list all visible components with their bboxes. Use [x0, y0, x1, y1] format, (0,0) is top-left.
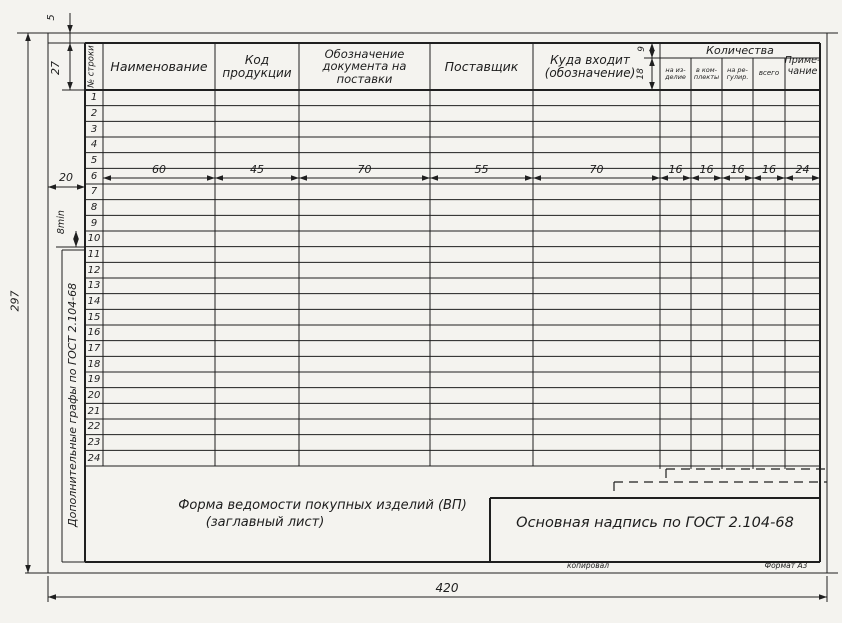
- header-row-number-column: № строки: [83, 44, 102, 89]
- column-width-label: 16: [691, 163, 722, 176]
- side-note-label: Дополнительные графы по ГОСТ 2.104-68: [68, 283, 80, 527]
- column-width-label: 55: [430, 163, 533, 176]
- dim-min-row-height: 8min: [53, 200, 71, 244]
- dim-sheet-height: 297: [5, 282, 25, 320]
- row-number: 20: [85, 388, 103, 404]
- header-product-code: Код продукции: [215, 43, 299, 90]
- row-number: 11: [85, 247, 103, 263]
- row-number: 19: [85, 372, 103, 388]
- dim-sheet-width: 420: [425, 581, 469, 595]
- header-where-used: Куда входит (обозначение): [533, 43, 647, 90]
- column-width-label: 24: [785, 163, 820, 176]
- header-name: Наименование: [103, 43, 215, 90]
- column-width-label: 70: [299, 163, 430, 176]
- row-number: 4: [85, 137, 103, 153]
- header-qty-per-kits: в ком- плекты: [691, 58, 722, 90]
- column-width-label: 60: [103, 163, 215, 176]
- dim-left-margin: 20: [52, 171, 80, 185]
- row-number: 17: [85, 341, 103, 357]
- row-number: 18: [85, 356, 103, 372]
- column-width-label: 16: [753, 163, 785, 176]
- column-width-label: 16: [722, 163, 753, 176]
- footer-format: Формат А3: [750, 561, 822, 572]
- row-number: 24: [85, 450, 103, 466]
- row-number: 13: [85, 278, 103, 294]
- column-width-label: 70: [533, 163, 660, 176]
- column-width-label: 45: [215, 163, 299, 176]
- row-number: 2: [85, 106, 103, 122]
- header-supplier: Поставщик: [430, 43, 533, 90]
- dim-header-height: 27: [47, 54, 65, 82]
- footer-copied-by: копировал: [553, 561, 623, 572]
- form-caption-line1: Форма ведомости покупных изделий (ВП): [150, 498, 495, 514]
- row-number: 6: [85, 168, 103, 184]
- header-row-number-label: № строки: [88, 45, 97, 87]
- column-width-label: 16: [660, 163, 691, 176]
- header-note: Приме- чание: [785, 43, 820, 90]
- row-number: 16: [85, 325, 103, 341]
- row-number: 5: [85, 153, 103, 169]
- row-number: 3: [85, 121, 103, 137]
- dim-qty-sub-height: 18: [633, 64, 650, 84]
- row-number: 1: [85, 90, 103, 106]
- row-number: 21: [85, 403, 103, 419]
- row-number: 23: [85, 435, 103, 451]
- row-number: 8: [85, 200, 103, 216]
- row-number: 22: [85, 419, 103, 435]
- row-number: 12: [85, 262, 103, 278]
- dim-qty-title-height: 9: [635, 41, 650, 56]
- row-number: 10: [85, 231, 103, 247]
- gost-vp-form-figure: № строки Наименование Код продукции Обоз…: [0, 0, 842, 623]
- row-number: 7: [85, 184, 103, 200]
- form-caption-line2: (заглавный лист): [150, 515, 380, 531]
- row-number: 14: [85, 294, 103, 310]
- dim-top-margin: 5: [44, 9, 60, 25]
- header-supply-document: Обозначение документа на поставки: [299, 43, 430, 90]
- title-block-label: Основная надпись по ГОСТ 2.104-68: [492, 512, 818, 536]
- header-qty-per-adjust: на ре- гулир.: [722, 58, 753, 90]
- row-number: 9: [85, 215, 103, 231]
- side-note-column: Дополнительные графы по ГОСТ 2.104-68: [62, 250, 85, 560]
- header-qty-per-item: на из- делие: [660, 58, 691, 90]
- row-number: 15: [85, 309, 103, 325]
- header-qty-total: всего: [753, 58, 785, 90]
